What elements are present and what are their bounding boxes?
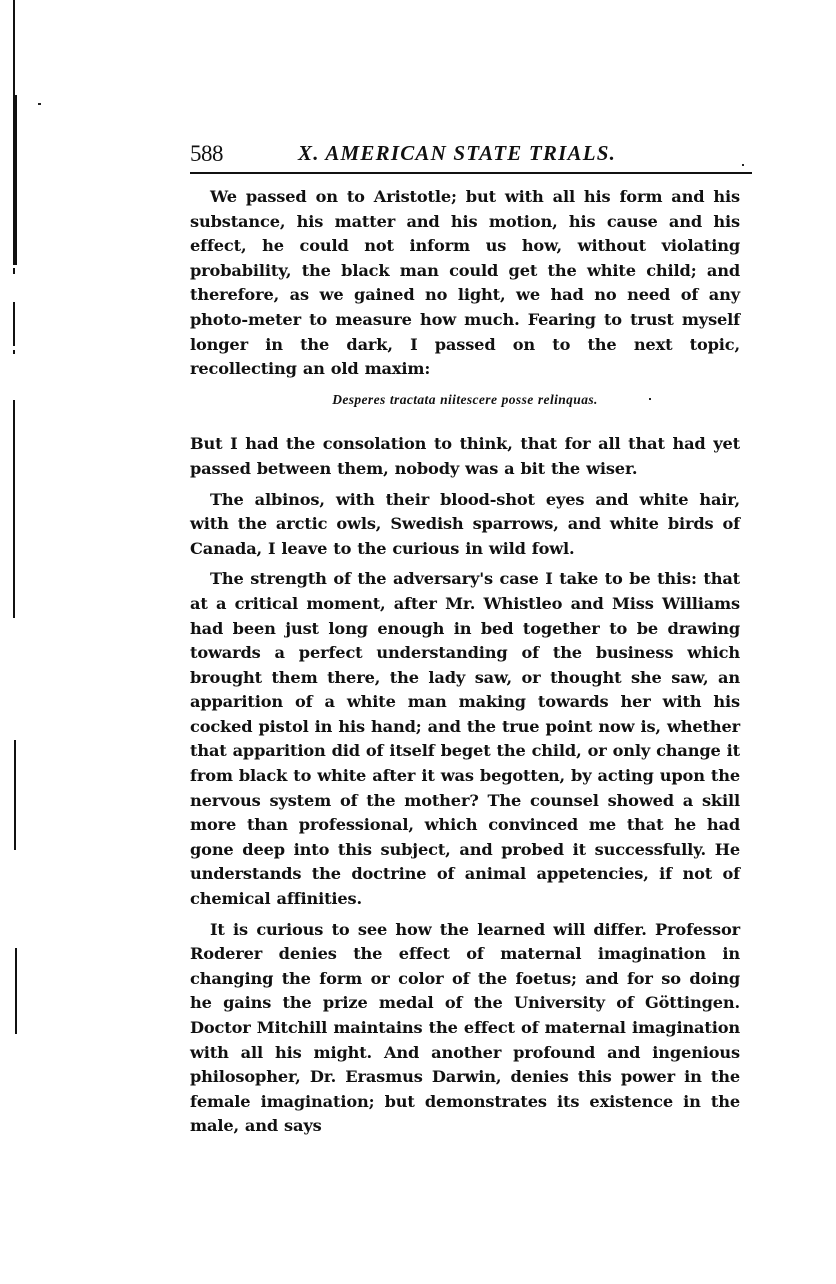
body-text: We passed on to Aristotle; but with all … (190, 185, 740, 1145)
page-number: 588 (190, 141, 223, 167)
paragraph: It is curious to see how the learned wil… (190, 918, 740, 1139)
scan-edge-line (15, 948, 17, 1034)
paragraph: We passed on to Aristotle; but with all … (190, 185, 740, 382)
scan-edge-line (14, 740, 16, 850)
paragraph: The strength of the adversary's case I t… (190, 567, 740, 911)
scan-edge-line (13, 350, 15, 354)
paragraph: The albinos, with their blood-shot eyes … (190, 488, 740, 562)
stray-speck (38, 103, 41, 105)
paragraph: But I had the consolation to think, that… (190, 432, 740, 481)
scan-edge-line (13, 302, 15, 346)
scan-edge-line (13, 400, 15, 618)
running-title: X. AMERICAN STATE TRIALS. (298, 141, 616, 166)
latin-maxim: Desperes tractata niitescere posse relin… (190, 388, 740, 413)
scan-edge-line (13, 225, 15, 265)
header-rule (190, 172, 752, 174)
scan-edge-line (13, 268, 15, 274)
running-head: 588 X. AMERICAN STATE TRIALS. (190, 138, 752, 168)
